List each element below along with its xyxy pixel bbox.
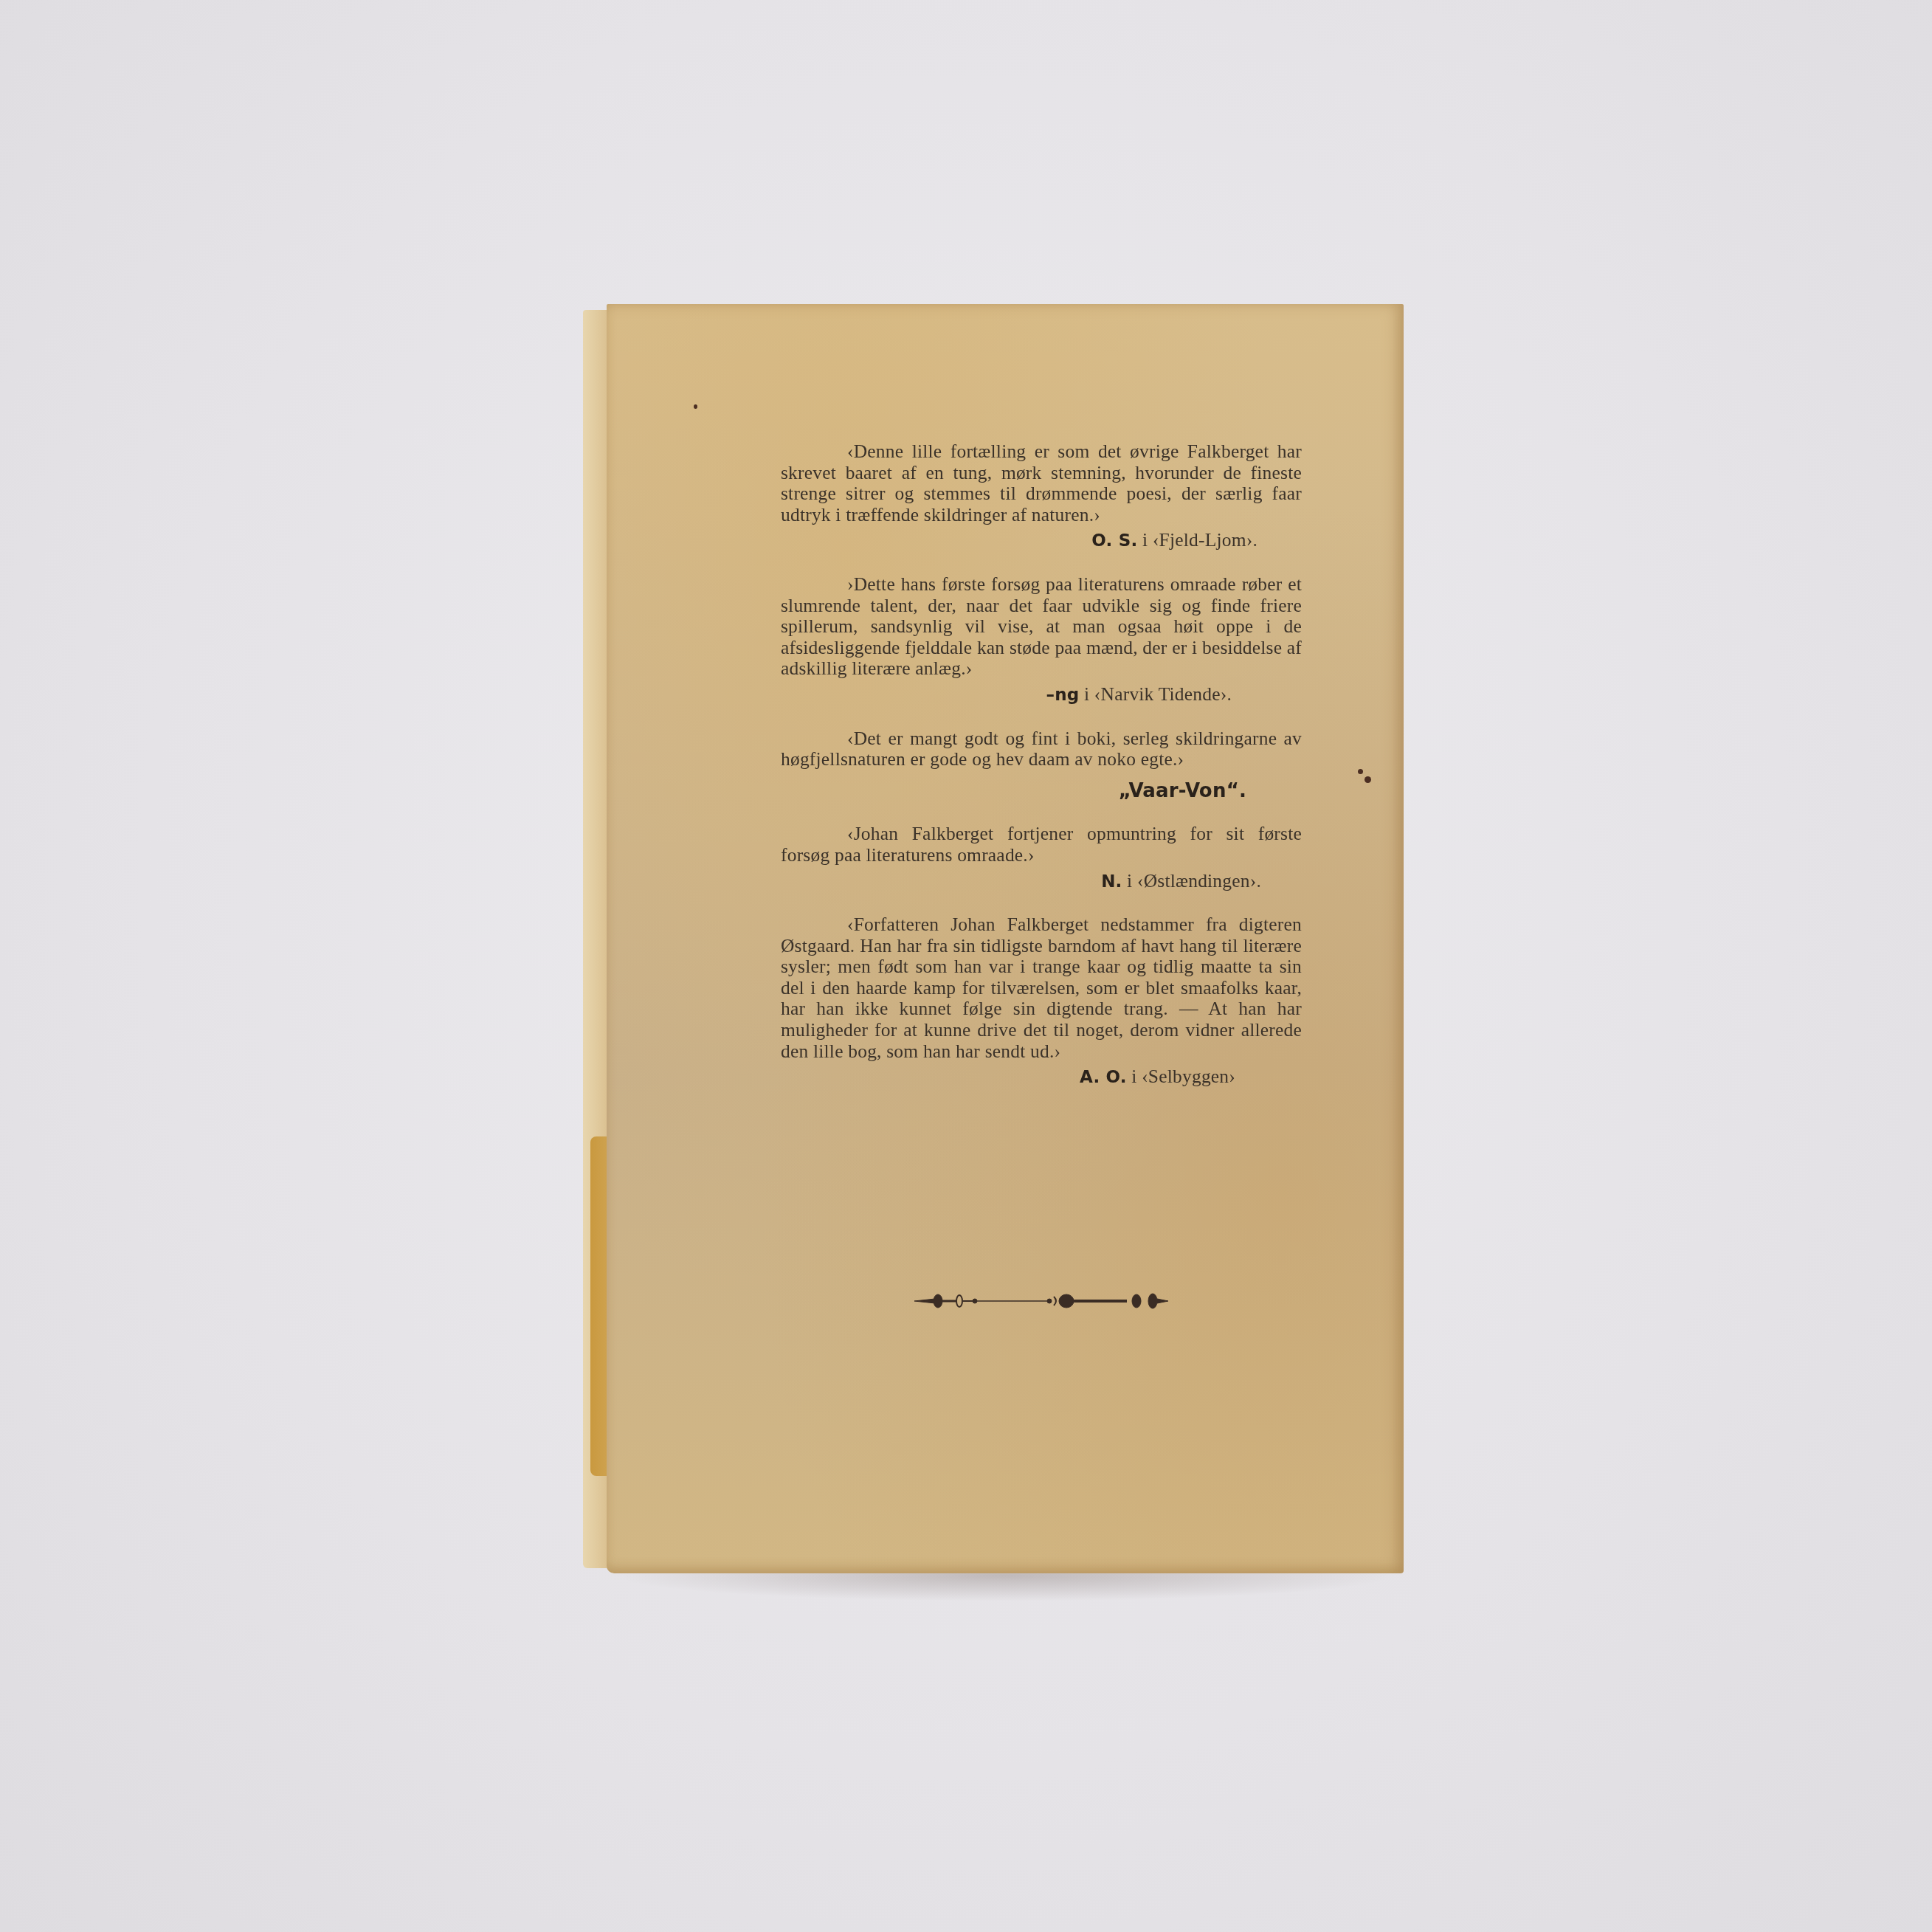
ink-speck	[1358, 769, 1363, 774]
review-attribution: –ng i ‹Narvik Tidende›.	[781, 684, 1302, 706]
reviews-block: ‹Denne lille fortælling er som det øvrig…	[781, 441, 1302, 1089]
review-author: O. S.	[1091, 531, 1137, 551]
review-text: ‹Denne lille fortælling er som det øvrig…	[781, 441, 1302, 525]
review-author: „Vaar-Von“.	[1119, 780, 1246, 802]
review-source: i ‹Østlændingen›.	[1127, 870, 1261, 891]
review-ostlaendingen: ‹Johan Falkberget fortjener opmuntring f…	[781, 824, 1302, 892]
review-author: A. O.	[1080, 1068, 1127, 1087]
review-attribution: „Vaar-Von“.	[781, 781, 1302, 802]
review-source: i ‹Narvik Tidende›.	[1084, 683, 1232, 705]
review-selbyggen: ‹Forfatteren Johan Falkberget nedstammer…	[781, 914, 1302, 1089]
review-attribution: A. O. i ‹Selbyggen›	[781, 1066, 1302, 1089]
review-vaar-von: ‹Det er mangt godt og fint i boki, serle…	[781, 728, 1302, 802]
ink-speck	[1365, 776, 1371, 783]
review-text: ‹Forfatteren Johan Falkberget nedstammer…	[781, 914, 1302, 1062]
decorative-rule-ornament-icon	[913, 1291, 1170, 1314]
review-fjeld-ljom: ‹Denne lille fortælling er som det øvrig…	[781, 441, 1302, 552]
review-attribution: O. S. i ‹Fjeld-Ljom›.	[781, 530, 1302, 552]
review-text: ›Dette hans første forsøg paa literature…	[781, 574, 1302, 680]
review-text: ‹Det er mangt godt og fint i boki, serle…	[781, 728, 1302, 770]
ink-speck	[694, 404, 697, 409]
review-narvik-tidende: ›Dette hans første forsøg paa literature…	[781, 574, 1302, 706]
review-author: –ng	[1046, 686, 1079, 705]
review-source: i ‹Selbyggen›	[1131, 1066, 1235, 1087]
review-source: i ‹Fjeld-Ljom›.	[1142, 529, 1257, 551]
review-attribution: N. i ‹Østlændingen›.	[781, 871, 1302, 893]
review-text: ‹Johan Falkberget fortjener opmuntring f…	[781, 824, 1302, 866]
review-author: N.	[1101, 872, 1122, 891]
